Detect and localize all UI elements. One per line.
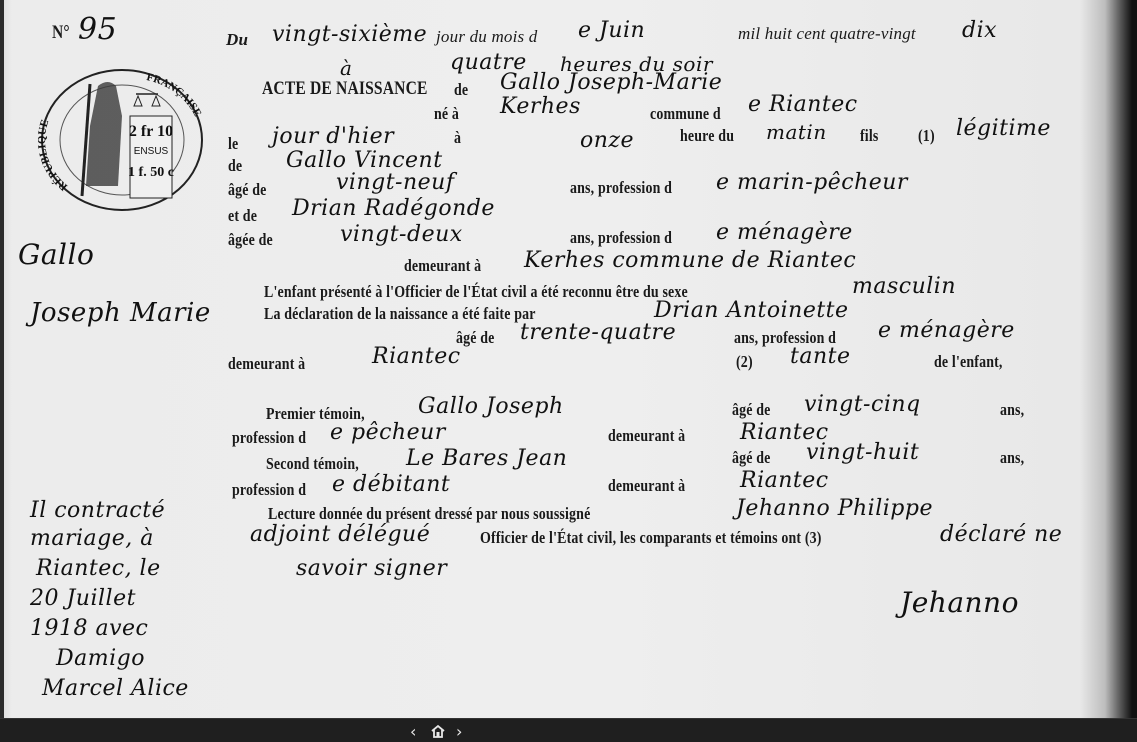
relation-value: tante [790,344,851,369]
act-title: ACTE DE NAISSANCE [262,78,428,100]
witness2-profession: e débitant [332,472,450,497]
heure-du-label: heure du [680,126,734,146]
note2-label: (2) [736,352,753,372]
father-profession: e marin-pêcheur [716,170,908,195]
child-name: Gallo Joseph-Marie [500,70,722,95]
marriage-line: Riantec, le [36,556,161,581]
svg-text:FRANÇAISE: FRANÇAISE [145,71,203,119]
birth-hour: onze [580,128,634,153]
legitimacy-value: légitime [956,116,1051,141]
marriage-line: Il contracté [30,498,165,523]
act-number: 95 [78,12,117,47]
demeurant2-label: demeurant à [228,354,305,374]
declarant-age: trente-quatre [520,320,676,345]
a-label: à [454,128,461,148]
born-place: Kerhes [500,94,581,119]
witness1-age: vingt-cinq [804,392,921,417]
age-de3-label: âgé de [732,400,771,420]
commune-value: e Riantec [748,92,858,117]
residence: Kerhes commune de Riantec [524,248,856,273]
svg-text:ENSUS: ENSUS [134,146,169,157]
home-icon[interactable] [430,723,446,742]
marriage-line: 20 Juillet [30,586,136,611]
declared-value: déclaré ne [940,522,1062,547]
declarant-residence: Riantec [372,344,461,369]
marriage-line: Marcel Alice [42,676,189,701]
mother-age: vingt-deux [340,222,463,247]
savoir-signer: savoir signer [296,556,447,581]
witness1-profession: e pêcheur [330,420,446,445]
officer-name: Jehanno Philippe [736,496,933,521]
document-page: N° 95 Du vingt-sixième jour du mois d e … [0,0,1137,718]
demeurant3-label: demeurant à [608,426,685,446]
declaration-line: La déclaration de la naissance a été fai… [264,304,536,324]
page-edge [0,0,4,718]
commune-label: commune d [650,104,721,124]
demeurant-label: demeurant à [404,256,481,276]
officer-title: adjoint délégué [250,522,430,547]
chevron-left-icon[interactable]: ‹ [410,722,416,742]
profession-d2-label: profession d [232,480,306,500]
de-lenfant-label: de l'enfant, [934,352,1003,372]
ans1-label: ans, [1000,400,1024,420]
mother-profession: e ménagère [716,220,853,245]
age-de4-label: âgé de [732,448,771,468]
witness2-age: vingt-huit [806,440,919,465]
witness1-name: Gallo Joseph [418,394,564,419]
demeurant4-label: demeurant à [608,476,685,496]
sex-value: masculin [852,274,956,299]
number-label: N° [52,22,70,44]
margin-name-line1: Gallo [18,238,94,271]
declarant-profession: e ménagère [878,318,1015,343]
et-de-label: et de [228,206,257,226]
profession-d1-label: profession d [232,428,306,448]
fils-label: fils [860,126,878,146]
birth-day: jour d'hier [272,124,394,149]
margin-name-line2: Joseph Marie [30,298,211,328]
ans2-label: ans, [1000,448,1024,468]
viewer-toolbar: ‹ › [0,718,1137,742]
chevron-right-icon[interactable]: › [456,722,462,742]
marriage-line: 1918 avec [30,616,148,641]
second-temoin-label: Second témoin, [266,454,359,474]
marriage-line: Damigo [56,646,145,671]
declarant-name: Drian Antoinette [654,298,849,323]
de-label: de [454,80,468,100]
a-handwritten: à [340,56,352,80]
age-de-label: âgé de [228,180,267,200]
enfant-line: L'enfant présenté à l'Officier de l'État… [264,282,688,302]
father-age: vingt-neuf [336,170,455,195]
marriage-line: mariage, à [30,526,154,551]
jour-du-mois-label: jour du mois d [436,27,538,47]
du-label: Du [226,30,248,50]
day-handwritten: vingt-sixième [272,22,427,47]
year-prefix-label: mil huit cent quatre-vingt [738,24,916,44]
note1-label: (1) [918,126,935,146]
le-label: le [228,134,238,154]
svg-text:2 fr 10: 2 fr 10 [129,123,173,140]
svg-text:1 f. 50 c: 1 f. 50 c [128,165,174,180]
de-father-label: de [228,156,242,176]
witness2-residence: Riantec [740,468,829,493]
mother-name: Drian Radégonde [292,196,495,221]
ans-profession-label: ans, profession d [570,178,672,198]
officer-line: Officier de l'État civil, les comparants… [480,528,822,548]
agee-de-label: âgée de [228,230,273,250]
officer-signature: Jehanno [900,586,1019,619]
lecture-line: Lecture donnée du présent dressé par nou… [268,504,590,524]
tax-stamp-seal: 2 fr 10 ENSUS 1 f. 50 c RÉPUBLIQUE FRANÇ… [38,66,206,214]
ne-a-label: né à [434,104,459,124]
matin-value: matin [766,120,827,144]
witness2-name: Le Bares Jean [406,446,567,471]
age-de2-label: âgé de [456,328,495,348]
year-handwritten: dix [962,18,997,43]
ans-profession2-label: ans, profession d [570,228,672,248]
month-handwritten: e Juin [578,18,645,43]
svg-text:RÉPUBLIQUE: RÉPUBLIQUE [38,118,70,193]
